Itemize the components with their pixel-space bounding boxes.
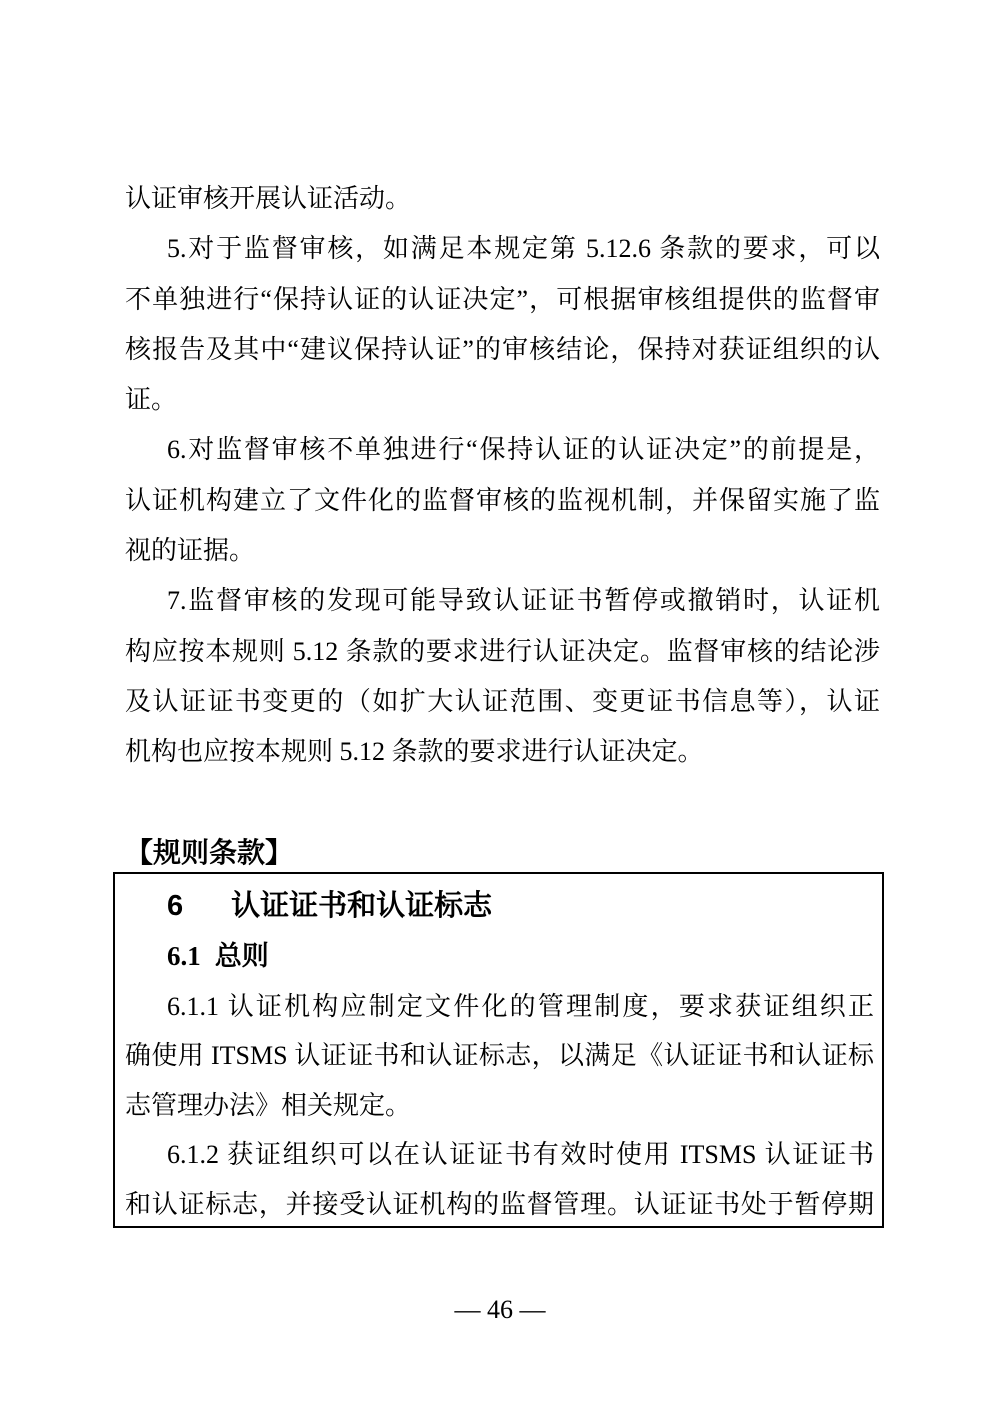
box-heading-title: 认证证书和认证标志 xyxy=(231,890,492,922)
rule-clause-box: 6认证证书和认证标志 6.1总则 6.1.1 认证机构应制定文件化的管理制度，要… xyxy=(113,872,884,1228)
body-text-line: 及认证证书变更的（如扩大认证范围、变更证书信息等），认证 xyxy=(125,677,880,727)
body-text-line: 构应按本规则 5.12 条款的要求进行认证决定。监督审核的结论涉 xyxy=(125,627,880,677)
document-page: 认证审核开展认证活动。 5.对于监督审核，如满足本规定第 5.12.6 条款的要… xyxy=(0,0,1000,1414)
box-text-line: 和认证标志，并接受认证机构的监督管理。认证证书处于暂停期 xyxy=(125,1180,874,1230)
box-subheading-title: 总则 xyxy=(215,941,269,971)
body-text-line: 认证审核开展认证活动。 xyxy=(125,174,880,224)
body-text-line: 证。 xyxy=(125,375,880,425)
body-text: 认证审核开展认证活动。 5.对于监督审核，如满足本规定第 5.12.6 条款的要… xyxy=(125,174,880,878)
box-heading: 6认证证书和认证标志 xyxy=(125,880,874,932)
body-text-line: 视的证据。 xyxy=(125,526,880,576)
body-text-line: 认证机构建立了文件化的监督审核的监视机制，并保留实施了监 xyxy=(125,476,880,526)
box-subheading-number: 6.1 xyxy=(167,941,201,971)
body-text-line: 机构也应按本规则 5.12 条款的要求进行认证决定。 xyxy=(125,727,880,777)
body-text-line: 6.对监督审核不单独进行“保持认证的认证决定”的前提是， xyxy=(125,425,880,475)
page-number: — 46 — xyxy=(0,1292,1000,1328)
body-text-line: 不单独进行“保持认证的认证决定”，可根据审核组提供的监督审 xyxy=(125,275,880,325)
rule-section-label: 【规则条款】 xyxy=(125,828,880,878)
box-text-line: 6.1.1 认证机构应制定文件化的管理制度，要求获证组织正 xyxy=(125,982,874,1032)
box-text-line: 志管理办法》相关规定。 xyxy=(125,1081,874,1131)
body-text-line: 7.监督审核的发现可能导致认证证书暂停或撤销时，认证机 xyxy=(125,576,880,626)
box-heading-number: 6 xyxy=(167,890,183,922)
body-text-line: 5.对于监督审核，如满足本规定第 5.12.6 条款的要求，可以 xyxy=(125,224,880,274)
body-text-line: 核报告及其中“建议保持认证”的审核结论，保持对获证组织的认 xyxy=(125,325,880,375)
box-text-line: 确使用 ITSMS 认证证书和认证标志，以满足《认证证书和认证标 xyxy=(125,1031,874,1081)
box-text-line: 6.1.2 获证组织可以在认证证书有效时使用 ITSMS 认证证书 xyxy=(125,1130,874,1180)
box-subheading: 6.1总则 xyxy=(125,932,874,982)
